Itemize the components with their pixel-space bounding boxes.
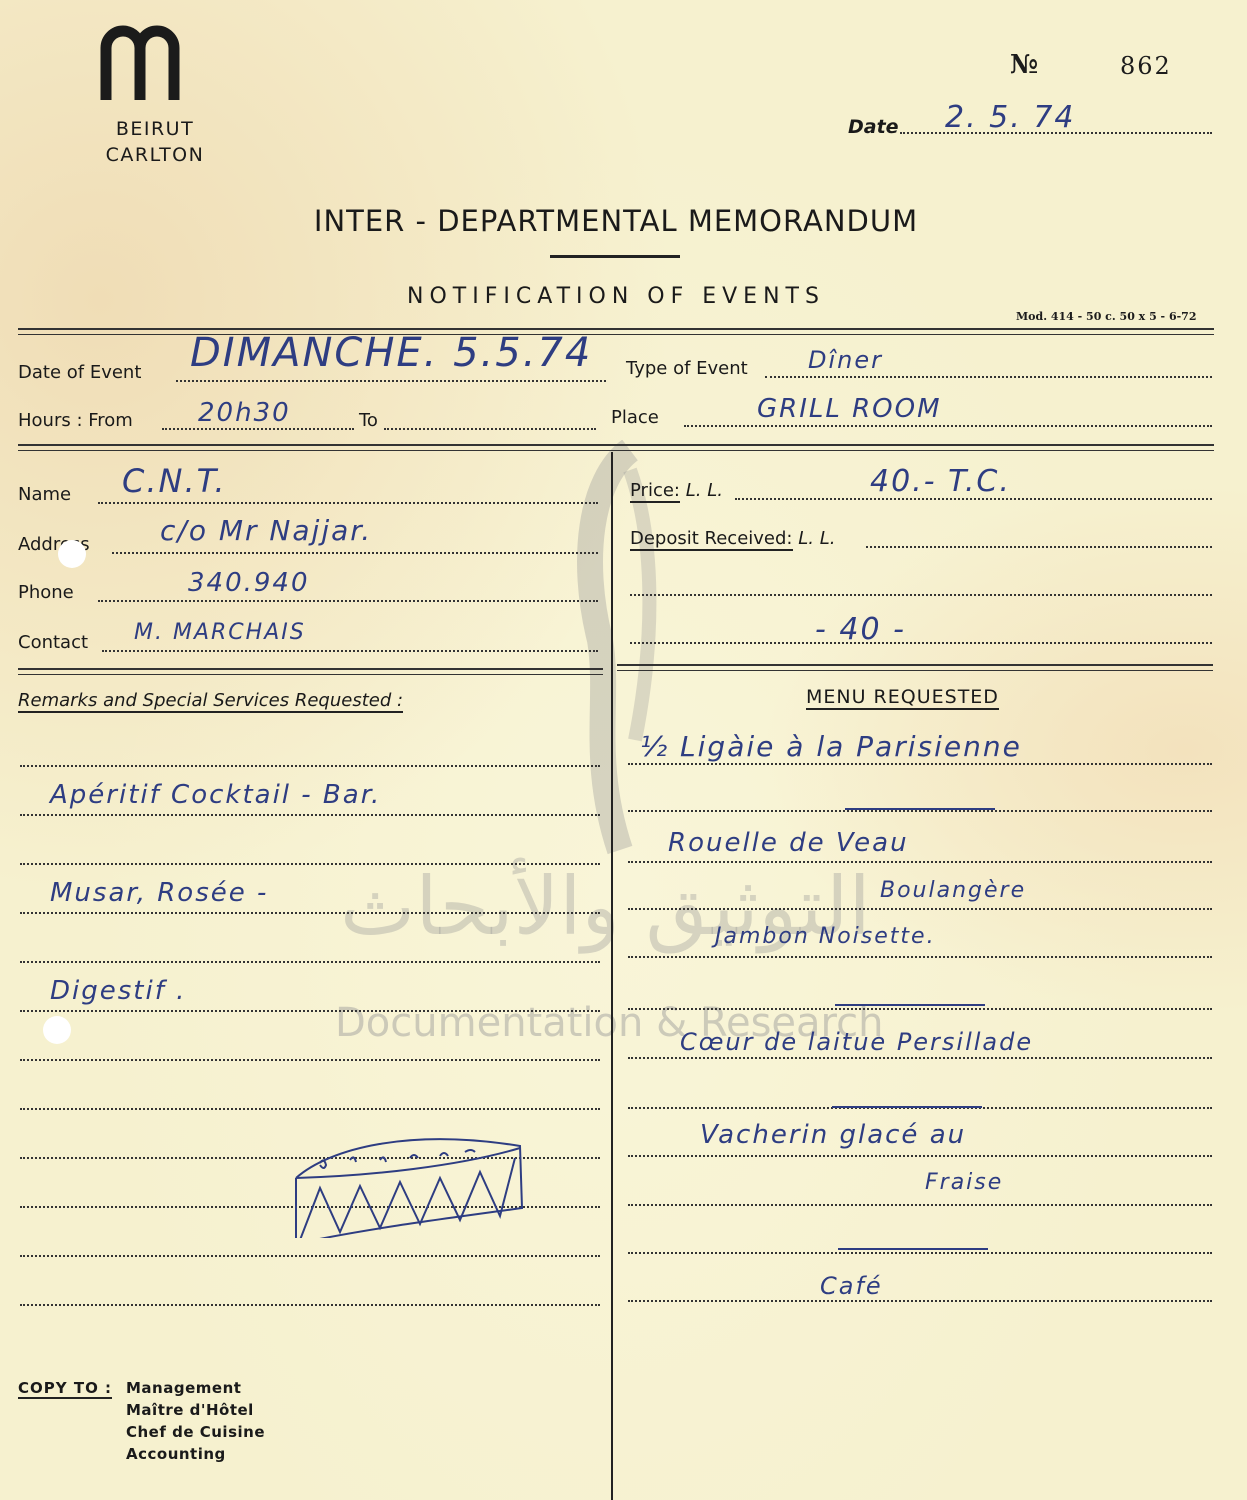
deposit-line — [866, 546, 1212, 548]
menu-line — [628, 908, 1212, 910]
type-of-event-field[interactable]: Dîner — [808, 346, 883, 374]
menu-line — [628, 1155, 1212, 1157]
contact-label: Contact — [18, 632, 88, 653]
deposit-label: Deposit Received: — [630, 528, 793, 551]
menu-line — [628, 1252, 1212, 1254]
column-divider — [611, 452, 613, 1500]
remarks-line — [20, 1255, 600, 1257]
copy-recipient: Accounting — [126, 1445, 226, 1463]
form-code: Mod. 414 - 50 c. 50 x 5 - 6-72 — [1016, 310, 1196, 323]
phone-label: Phone — [18, 582, 74, 603]
phone-field[interactable]: 340.940 — [188, 568, 310, 598]
hours-from-field[interactable]: 20h30 — [198, 398, 291, 428]
contact-line — [102, 650, 598, 652]
remarks-line — [20, 765, 600, 767]
punch-hole — [58, 540, 86, 568]
date-of-event-field[interactable]: DIMANCHE. 5.5.74 — [190, 330, 592, 376]
remarks-line — [20, 863, 600, 865]
menu-item[interactable]: Jambon Noisette. — [715, 924, 936, 949]
course-separator — [832, 1106, 982, 1108]
menu-line — [628, 1300, 1212, 1302]
type-of-event-line — [765, 376, 1212, 378]
contact-field[interactable]: M. MARCHAIS — [134, 620, 306, 645]
menu-item[interactable]: Rouelle de Veau — [668, 828, 909, 858]
memo-subtitle: NOTIFICATION OF EVENTS — [0, 284, 1232, 309]
name-line — [98, 502, 598, 504]
copy-to-label: COPY TO : — [18, 1379, 112, 1399]
remarks-line — [20, 912, 600, 914]
course-separator — [835, 1004, 985, 1006]
menu-item[interactable]: Boulangère — [880, 878, 1026, 903]
menu-line — [628, 861, 1212, 863]
number-label: № — [1010, 50, 1038, 80]
menu-item[interactable]: ½ Ligàie à la Parisienne — [640, 730, 1022, 763]
place-label: Place — [611, 407, 659, 428]
divider — [18, 668, 603, 675]
brand-line-1: BEIRUT — [60, 118, 250, 140]
hours-to-label: To — [359, 410, 378, 431]
copy-recipient: Management — [126, 1379, 241, 1397]
menu-item[interactable]: Fraise — [925, 1170, 1003, 1195]
address-field[interactable]: c/o Mr Najjar. — [160, 514, 372, 547]
remarks-line — [20, 1108, 600, 1110]
name-field[interactable]: C.N.T. — [122, 462, 227, 500]
course-separator — [845, 808, 995, 810]
hours-to-line — [384, 428, 596, 430]
divider — [18, 444, 1214, 451]
remarks-line — [20, 961, 600, 963]
price-label: Price: — [630, 480, 680, 503]
pricing-extra-line-2 — [630, 642, 1212, 644]
menu-line — [628, 1008, 1212, 1010]
menu-item[interactable]: Vacherin glacé au — [700, 1120, 966, 1150]
date-of-event-label: Date of Event — [18, 362, 141, 383]
menu-line — [628, 1057, 1212, 1059]
copy-recipient: Maître d'Hôtel — [126, 1401, 254, 1419]
deposit-currency: L. L. — [798, 528, 835, 549]
menu-line — [628, 763, 1212, 765]
pricing-extra-line-1 — [630, 594, 1212, 596]
place-line — [684, 425, 1212, 427]
menu-line — [628, 810, 1212, 812]
hotel-logo-icon — [100, 20, 180, 100]
menu-heading: MENU REQUESTED — [806, 686, 999, 710]
remarks-heading: Remarks and Special Services Requested : — [18, 690, 403, 711]
type-of-event-label: Type of Event — [626, 358, 748, 379]
brand-line-2: CARLTON — [60, 144, 250, 166]
punch-hole — [43, 1016, 71, 1044]
remarks-field[interactable]: Digestif . — [50, 976, 186, 1006]
place-field[interactable]: GRILL ROOM — [757, 394, 942, 424]
cake-sketch-icon — [290, 1128, 530, 1238]
phone-line — [98, 600, 598, 602]
price-currency: L. L. — [686, 480, 723, 501]
remarks-line — [20, 814, 600, 816]
remarks-field[interactable]: Apéritif Cocktail - Bar. — [50, 780, 381, 810]
remarks-line — [20, 1304, 600, 1306]
title-rule — [550, 255, 680, 258]
date-label: Date — [848, 116, 899, 138]
remarks-line — [20, 1059, 600, 1061]
menu-item[interactable]: Café — [820, 1272, 883, 1300]
hours-from-label: Hours : From — [18, 410, 133, 431]
menu-line — [628, 1204, 1212, 1206]
menu-line — [628, 956, 1212, 958]
price-field[interactable]: 40.- T.C. — [870, 464, 1011, 499]
copy-recipient: Chef de Cuisine — [126, 1423, 265, 1441]
date-field[interactable]: 2. 5. 74 — [945, 100, 1076, 135]
address-line — [112, 552, 598, 554]
remarks-line — [20, 1010, 600, 1012]
memo-number: 862 — [1120, 52, 1172, 80]
pricing-extra-field[interactable]: - 40 - — [815, 612, 906, 647]
memo-title: INTER - DEPARTMENTAL MEMORANDUM — [0, 204, 1232, 238]
name-label: Name — [18, 484, 71, 505]
menu-item[interactable]: Cœur de laitue Persillade — [680, 1028, 1033, 1056]
remarks-field[interactable]: Musar, Rosée - — [50, 878, 268, 908]
course-separator — [838, 1248, 988, 1250]
divider — [617, 664, 1213, 671]
date-of-event-line — [176, 380, 606, 382]
hours-from-line — [162, 428, 354, 430]
